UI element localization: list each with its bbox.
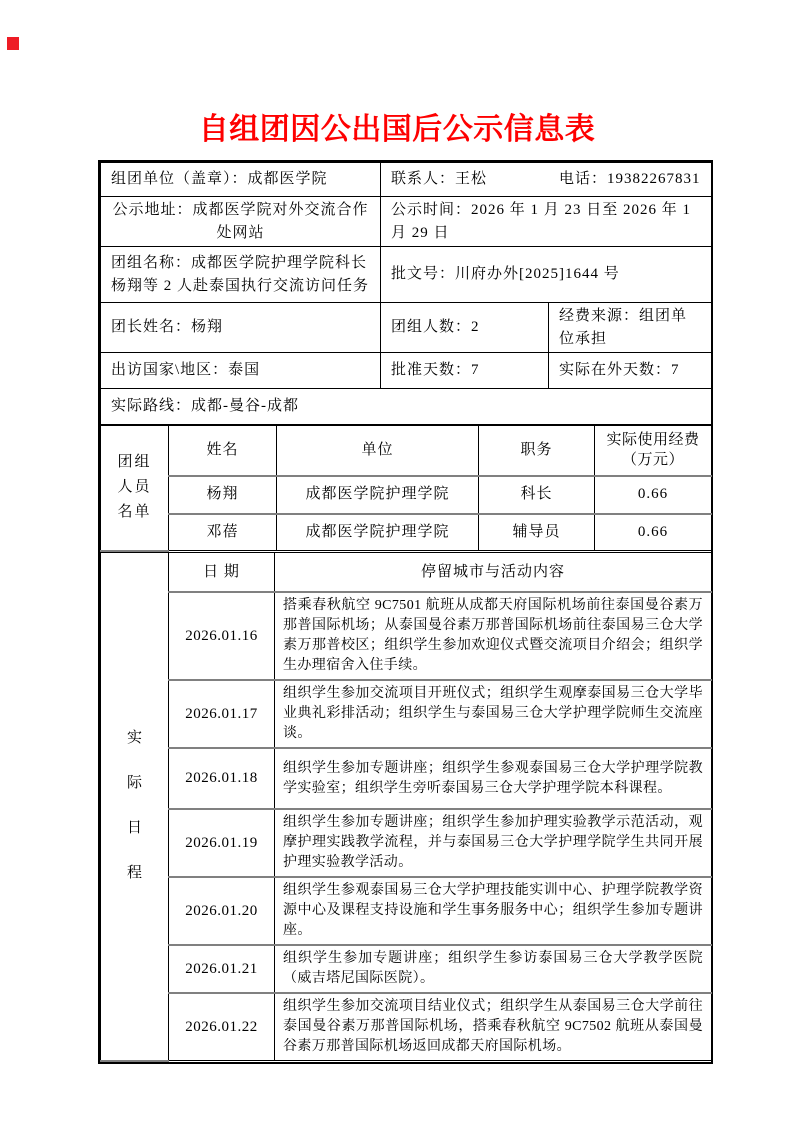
funding-cell: 经费来源：组团单位承担 bbox=[549, 303, 712, 353]
group-size-cell: 团组人数：2 bbox=[381, 303, 549, 353]
table-row: 杨翔 成都医学院护理学院 科长 0.66 bbox=[101, 476, 712, 514]
table-row: 团组名称：成都医学院护理学院科长杨翔等 2 人赴泰国执行交流访问任务 批文号：川… bbox=[101, 247, 712, 303]
table-header-row: 团组人员名单 姓名 单位 职务 实际使用经费（万元） bbox=[101, 426, 712, 476]
itinerary-activity: 组织学生参加专题讲座；组织学生参访泰国易三仓大学教学医院（威吉塔尼国际医院）。 bbox=[275, 945, 712, 993]
table-row: 出访国家\地区：泰国 批准天数：7 实际在外天数：7 bbox=[101, 353, 712, 389]
table-row: 公示地址：成都医学院对外交流合作处网站 公示时间：2026 年 1 月 23 日… bbox=[101, 197, 712, 247]
route-cell: 实际路线：成都-曼谷-成都 bbox=[101, 389, 712, 425]
members-table: 团组人员名单 姓名 单位 职务 实际使用经费（万元） 杨翔 成都医学院护理学院 … bbox=[100, 425, 712, 552]
col-header-title: 职务 bbox=[479, 426, 595, 476]
form-table: 组团单位（盖章）：成都医学院 联系人：王松电话：19382267831 公示地址… bbox=[98, 160, 713, 1064]
member-expense: 0.66 bbox=[595, 514, 712, 551]
contact-cell: 联系人：王松电话：19382267831 bbox=[381, 163, 712, 197]
publish-address-cell: 公示地址：成都医学院对外交流合作处网站 bbox=[101, 197, 381, 247]
member-title: 辅导员 bbox=[479, 514, 595, 551]
col-header-activity: 停留城市与活动内容 bbox=[275, 552, 712, 592]
contact-phone: 电话：19382267831 bbox=[559, 171, 701, 187]
table-row: 实际路线：成都-曼谷-成都 bbox=[101, 389, 712, 425]
itinerary-activity: 组织学生参观泰国易三仓大学护理技能实训中心、护理学院教学资源中心及课程支持设施和… bbox=[275, 877, 712, 945]
itinerary-date: 2026.01.19 bbox=[169, 809, 275, 877]
table-row: 2026.01.19 组织学生参加专题讲座；组织学生参加护理实验教学示范活动，观… bbox=[101, 809, 712, 877]
table-row: 组团单位（盖章）：成都医学院 联系人：王松电话：19382267831 bbox=[101, 163, 712, 197]
itinerary-section-label: 实际日程 bbox=[101, 552, 169, 1061]
itinerary-activity: 组织学生参加交流项目结业仪式；组织学生从泰国易三仓大学前往泰国曼谷素万那普国际机… bbox=[275, 993, 712, 1061]
red-corner-marker bbox=[7, 37, 19, 50]
org-unit-cell: 组团单位（盖章）：成都医学院 bbox=[101, 163, 381, 197]
itinerary-activity: 组织学生参加专题讲座；组织学生参加护理实验教学示范活动，观摩护理实践教学流程，并… bbox=[275, 809, 712, 877]
itinerary-date: 2026.01.17 bbox=[169, 680, 275, 748]
col-header-name: 姓名 bbox=[169, 426, 277, 476]
table-row: 团长姓名：杨翔 团组人数：2 经费来源：组团单位承担 bbox=[101, 303, 712, 353]
itinerary-activity: 组织学生参加交流项目开班仪式；组织学生观摩泰国易三仓大学毕业典礼彩排活动；组织学… bbox=[275, 680, 712, 748]
members-section-label: 团组人员名单 bbox=[101, 426, 169, 551]
actual-days-cell: 实际在外天数：7 bbox=[549, 353, 712, 389]
table-row: 邓蓓 成都医学院护理学院 辅导员 0.66 bbox=[101, 514, 712, 551]
table-row: 2026.01.18 组织学生参加专题讲座；组织学生参观泰国易三仓大学护理学院教… bbox=[101, 748, 712, 809]
destination-cell: 出访国家\地区：泰国 bbox=[101, 353, 381, 389]
member-unit: 成都医学院护理学院 bbox=[277, 476, 479, 514]
publish-time-cell: 公示时间：2026 年 1 月 23 日至 2026 年 1 月 29 日 bbox=[381, 197, 712, 247]
table-row: 2026.01.17 组织学生参加交流项目开班仪式；组织学生观摩泰国易三仓大学毕… bbox=[101, 680, 712, 748]
itinerary-activity: 搭乘春秋航空 9C7501 航班从成都天府国际机场前往泰国曼谷素万那普国际机场；… bbox=[275, 592, 712, 680]
member-name: 邓蓓 bbox=[169, 514, 277, 551]
page-title: 自组团因公出国后公示信息表 bbox=[0, 104, 794, 148]
table-row: 2026.01.21 组织学生参加专题讲座；组织学生参访泰国易三仓大学教学医院（… bbox=[101, 945, 712, 993]
itinerary-date: 2026.01.22 bbox=[169, 993, 275, 1061]
member-title: 科长 bbox=[479, 476, 595, 514]
member-unit: 成都医学院护理学院 bbox=[277, 514, 479, 551]
itinerary-date: 2026.01.21 bbox=[169, 945, 275, 993]
approved-days-cell: 批准天数：7 bbox=[381, 353, 549, 389]
info-table: 组团单位（盖章）：成都医学院 联系人：王松电话：19382267831 公示地址… bbox=[100, 162, 712, 425]
col-header-date: 日 期 bbox=[169, 552, 275, 592]
contact-name: 联系人：王松 bbox=[391, 168, 559, 191]
col-header-expense: 实际使用经费（万元） bbox=[595, 426, 712, 476]
itinerary-date: 2026.01.18 bbox=[169, 748, 275, 809]
member-expense: 0.66 bbox=[595, 476, 712, 514]
itinerary-table: 实际日程 日 期 停留城市与活动内容 2026.01.16 搭乘春秋航空 9C7… bbox=[100, 552, 712, 1062]
leader-cell: 团长姓名：杨翔 bbox=[101, 303, 381, 353]
group-name-cell: 团组名称：成都医学院护理学院科长杨翔等 2 人赴泰国执行交流访问任务 bbox=[101, 247, 381, 303]
table-row: 2026.01.20 组织学生参观泰国易三仓大学护理技能实训中心、护理学院教学资… bbox=[101, 877, 712, 945]
col-header-unit: 单位 bbox=[277, 426, 479, 476]
table-row: 2026.01.22 组织学生参加交流项目结业仪式；组织学生从泰国易三仓大学前往… bbox=[101, 993, 712, 1061]
table-header-row: 实际日程 日 期 停留城市与活动内容 bbox=[101, 552, 712, 592]
approval-no-cell: 批文号：川府办外[2025]1644 号 bbox=[381, 247, 712, 303]
itinerary-activity: 组织学生参加专题讲座；组织学生参观泰国易三仓大学护理学院教学实验室；组织学生旁听… bbox=[275, 748, 712, 809]
member-name: 杨翔 bbox=[169, 476, 277, 514]
itinerary-date: 2026.01.16 bbox=[169, 592, 275, 680]
itinerary-date: 2026.01.20 bbox=[169, 877, 275, 945]
document-page: 自组团因公出国后公示信息表 组团单位（盖章）：成都医学院 联系人：王松电话：19… bbox=[0, 0, 794, 1123]
table-row: 2026.01.16 搭乘春秋航空 9C7501 航班从成都天府国际机场前往泰国… bbox=[101, 592, 712, 680]
